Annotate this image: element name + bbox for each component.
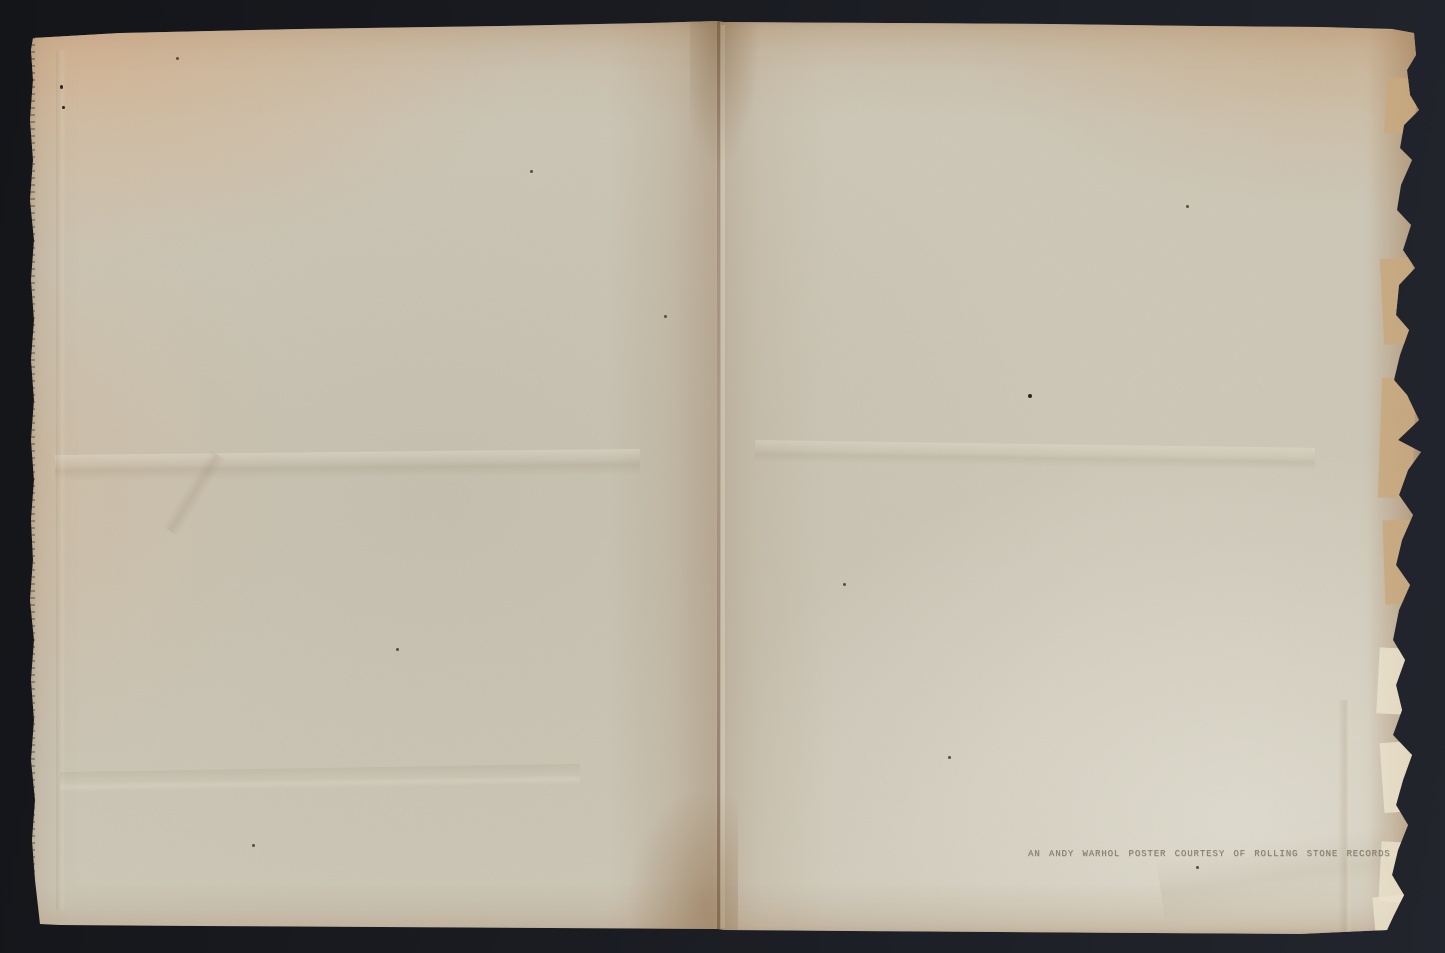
photo-backdrop: AN ANDY WARHOL POSTER COURTESY OF ROLLIN… xyxy=(0,0,1445,953)
credit-line-text: AN ANDY WARHOL POSTER COURTESY OF ROLLIN… xyxy=(1028,849,1388,859)
paper-sheet: AN ANDY WARHOL POSTER COURTESY OF ROLLIN… xyxy=(0,0,1445,953)
paper-grain-texture xyxy=(0,0,1445,953)
